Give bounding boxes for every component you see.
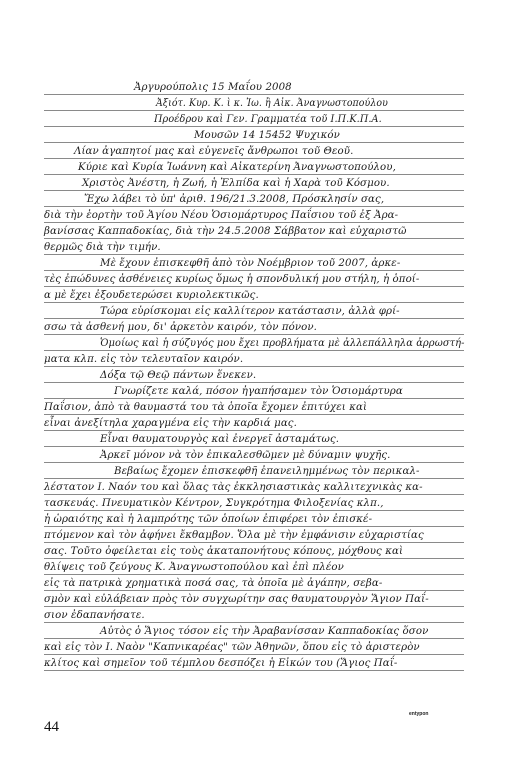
ruled-line: Χριστὸς Ἀνέστη, ἡ Ζωή, ἡ Ἐλπίδα καὶ ἡ Χα… — [44, 175, 464, 191]
ruled-line: Μουσῶν 14 15452 Ψυχικόν — [44, 127, 464, 143]
place-date: Ἀργυρούπολις 15 Μαΐου 2008 — [134, 82, 292, 93]
ruled-line: Ἀρκεῖ μόνον νὰ τὸν ἐπικαλεσθῶμεν μὲ δύνα… — [44, 447, 464, 463]
letter-line: σας. Τοῦτο ὀφείλεται εἰς τοὺς ἀκαταπονήτ… — [44, 546, 403, 557]
letter-line: τὲς ἐπώδυνες ἀσθένειες κυρίως ὅμως ἡ σπο… — [44, 274, 419, 285]
ruled-line: σσω τὰ ἀσθενή μου, δι' ἀρκετὸν καιρόν, τ… — [44, 319, 464, 335]
letter-line: Ἀρκεῖ μόνον νὰ τὸν ἐπικαλεσθῶμεν μὲ δύνα… — [100, 450, 390, 461]
ruled-line: πτόμενον καὶ τὸν ἀφήνει ἔκθαμβον. Ὅλα μὲ… — [44, 527, 464, 543]
letter-line: Αὐτὸς ὁ Ἅγιος τόσον εἰς τὴν Ἀραβανίσσαν … — [100, 626, 428, 637]
ruled-line: Μὲ ἔχουν ἐπισκεφθῆ ἀπὸ τὸν Νοέμβριον τοῦ… — [44, 255, 464, 271]
ruled-line: Εἶναι θαυματουργὸς καὶ ἐνεργεῖ ἀσταμάτως… — [44, 431, 464, 447]
ruled-line: Αὐτὸς ὁ Ἅγιος τόσον εἰς τὴν Ἀραβανίσσαν … — [44, 623, 464, 639]
ruled-line: λέστατον Ι. Ναόν του καὶ ὅλας τὰς ἐκκλησ… — [44, 479, 464, 495]
letter-line: Εἶναι θαυματουργὸς καὶ ἐνεργεῖ ἀσταμάτως… — [100, 434, 339, 445]
letter-line: Τώρα εὑρίσκομαι εἰς καλλίτερον κατάστασι… — [100, 306, 400, 317]
letter-line: εἶναι ἀνεξίτηλα χαραγμένα εἰς τὴν καρδιά… — [44, 418, 297, 429]
recipient-line: Μουσῶν 14 15452 Ψυχικόν — [194, 130, 340, 141]
letter-line: ἡ ὡραιότης καὶ ἡ λαμπρότης τῶν ὁποίων ἐπ… — [44, 514, 372, 525]
letter-line: σσω τὰ ἀσθενή μου, δι' ἀρκετὸν καιρόν, τ… — [44, 322, 317, 333]
ruled-line: ἡ ὡραιότης καὶ ἡ λαμπρότης τῶν ὁποίων ἐπ… — [44, 511, 464, 527]
ruled-line: τὲς ἐπώδυνες ἀσθένειες κυρίως ὅμως ἡ σπο… — [44, 271, 464, 287]
letter-line: Βεβαίως ἔχομεν ἐπισκεφθῆ ἐπανειλημμένως … — [114, 466, 420, 477]
letter-line: Λίαν ἀγαπητοί μας καὶ εὐγενεῖς ἄνθρωποι … — [74, 146, 353, 157]
ruled-line: σμὸν καὶ εὐλάβειαν πρὸς τὸν συγχωρίτην σ… — [44, 591, 464, 607]
ruled-line: Γνωρίζετε καλά, πόσον ἠγαπήσαμεν τὸν Ὁσι… — [44, 383, 464, 399]
ruled-line: Ὁμοίως καὶ ἡ σύζυγός μου ἔχει προβλήματα… — [44, 335, 464, 351]
ruled-line: Ἀξιότ. Κυρ. Κ. ὶ κ. Ἰω. ἢ Αἰκ. Ἀναγνωστο… — [44, 95, 464, 111]
letter-line: τασκευάς. Πνευματικὸν Κέντρον, Συγκρότημ… — [44, 498, 384, 509]
ruled-line: σας. Τοῦτο ὀφείλεται εἰς τοὺς ἀκαταπονήτ… — [44, 543, 464, 559]
letter-line: θερμῶς διὰ τὴν τιμήν. — [44, 242, 161, 253]
publisher-mark: entypon — [409, 711, 428, 717]
letter-line: πτόμενον καὶ τὸν ἀφήνει ἔκθαμβον. Ὅλα μὲ… — [44, 530, 424, 541]
ruled-line: βανίσσας Καππαδοκίας, διὰ τὴν 24.5.2008 … — [44, 223, 464, 239]
letter-line: σιον ἐδαπανήσατε. — [44, 610, 145, 621]
letter-page: Ἀργυρούπολις 15 Μαΐου 2008Ἀξιότ. Κυρ. Κ.… — [0, 0, 530, 776]
letter-line: Κύριε καὶ Κυρία Ἰωάννη καὶ Αἰκατερίνη Ἀν… — [78, 162, 396, 173]
ruled-line: θερμῶς διὰ τὴν τιμήν. — [44, 239, 464, 255]
letter-line: α μὲ ἔχει ἐξουδετερώσει κυριολεκτικῶς. — [44, 290, 259, 301]
ruled-line: Τώρα εὑρίσκομαι εἰς καλλίτερον κατάστασι… — [44, 303, 464, 319]
letter-line: Μὲ ἔχουν ἐπισκεφθῆ ἀπὸ τὸν Νοέμβριον τοῦ… — [100, 258, 400, 269]
letter-line: Παΐσιον, ἀπὸ τὰ θαυμαστά του τὰ ὁποῖα ἔχ… — [44, 402, 367, 413]
letter-line: κλίτος καὶ σημεῖον τοῦ τέμπλου δεσπόζει … — [44, 658, 397, 669]
recipient-line: Προέδρου καὶ Γεν. Γραμματέα τοῦ Ι.Π.Κ.Π.… — [154, 114, 382, 125]
ruled-line: Παΐσιον, ἀπὸ τὰ θαυμαστά του τὰ ὁποῖα ἔχ… — [44, 399, 464, 415]
letter-line: σμὸν καὶ εὐλάβειαν πρὸς τὸν συγχωρίτην σ… — [44, 594, 429, 605]
ruled-line: Ἔχω λάβει τὸ ὑπ' ἀριθ. 196/21.3.2008, Πρ… — [44, 191, 464, 207]
ruled-line: α μὲ ἔχει ἐξουδετερώσει κυριολεκτικῶς. — [44, 287, 464, 303]
ruled-line: Κύριε καὶ Κυρία Ἰωάννη καὶ Αἰκατερίνη Ἀν… — [44, 159, 464, 175]
ruled-line: Προέδρου καὶ Γεν. Γραμματέα τοῦ Ι.Π.Κ.Π.… — [44, 111, 464, 127]
recipient-line: Ἀξιότ. Κυρ. Κ. ὶ κ. Ἰω. ἢ Αἰκ. Ἀναγνωστο… — [156, 98, 388, 109]
ruled-line: θλίψεις τοῦ ζεύγους Κ. Ἀναγνωστοπούλου κ… — [44, 559, 464, 575]
page-number: 44 — [44, 719, 59, 736]
letter-line: ματα κλπ. εἰς τὸν τελευταῖον καιρόν. — [44, 354, 243, 365]
ruled-line: ματα κλπ. εἰς τὸν τελευταῖον καιρόν. — [44, 351, 464, 367]
ruled-line: Ἀργυρούπολις 15 Μαΐου 2008 — [44, 79, 464, 95]
ruled-line: κλίτος καὶ σημεῖον τοῦ τέμπλου δεσπόζει … — [44, 655, 464, 671]
letter-line: καὶ εἰς τὸν Ι. Ναὸν "Καπνικαρέας" τῶν Ἀθ… — [44, 642, 420, 653]
letter-line: θλίψεις τοῦ ζεύγους Κ. Ἀναγνωστοπούλου κ… — [44, 562, 344, 573]
ruled-line: εἶναι ἀνεξίτηλα χαραγμένα εἰς τὴν καρδιά… — [44, 415, 464, 431]
ruled-line: Βεβαίως ἔχομεν ἐπισκεφθῆ ἐπανειλημμένως … — [44, 463, 464, 479]
letter-line: Χριστὸς Ἀνέστη, ἡ Ζωή, ἡ Ἐλπίδα καὶ ἡ Χα… — [82, 178, 390, 189]
letter-line: Δόξα τῷ Θεῷ πάντων ἕνεκεν. — [100, 370, 256, 381]
ruled-line: Λίαν ἀγαπητοί μας καὶ εὐγενεῖς ἄνθρωποι … — [44, 143, 464, 159]
ruled-line: διὰ τὴν ἑορτὴν τοῦ Ἁγίου Νέου Ὁσιομάρτυρ… — [44, 207, 464, 223]
letter-line: Ὁμοίως καὶ ἡ σύζυγός μου ἔχει προβλήματα… — [100, 338, 465, 349]
ruled-line: Δόξα τῷ Θεῷ πάντων ἕνεκεν. — [44, 367, 464, 383]
letter-line: εἰς τὰ πατρικὰ χρηματικὰ ποσά σας, τὰ ὁπ… — [44, 578, 382, 589]
letter-line: βανίσσας Καππαδοκίας, διὰ τὴν 24.5.2008 … — [44, 226, 406, 237]
letter-line: διὰ τὴν ἑορτὴν τοῦ Ἁγίου Νέου Ὁσιομάρτυρ… — [44, 210, 398, 221]
ruled-line: τασκευάς. Πνευματικὸν Κέντρον, Συγκρότημ… — [44, 495, 464, 511]
letter-line: λέστατον Ι. Ναόν του καὶ ὅλας τὰς ἐκκλησ… — [44, 482, 423, 493]
ruled-line: εἰς τὰ πατρικὰ χρηματικὰ ποσά σας, τὰ ὁπ… — [44, 575, 464, 591]
ruled-line: καὶ εἰς τὸν Ι. Ναὸν "Καπνικαρέας" τῶν Ἀθ… — [44, 639, 464, 655]
letter-line: Ἔχω λάβει τὸ ὑπ' ἀριθ. 196/21.3.2008, Πρ… — [84, 194, 384, 205]
ruled-line: σιον ἐδαπανήσατε. — [44, 607, 464, 623]
letter-line: Γνωρίζετε καλά, πόσον ἠγαπήσαμεν τὸν Ὁσι… — [114, 386, 403, 397]
